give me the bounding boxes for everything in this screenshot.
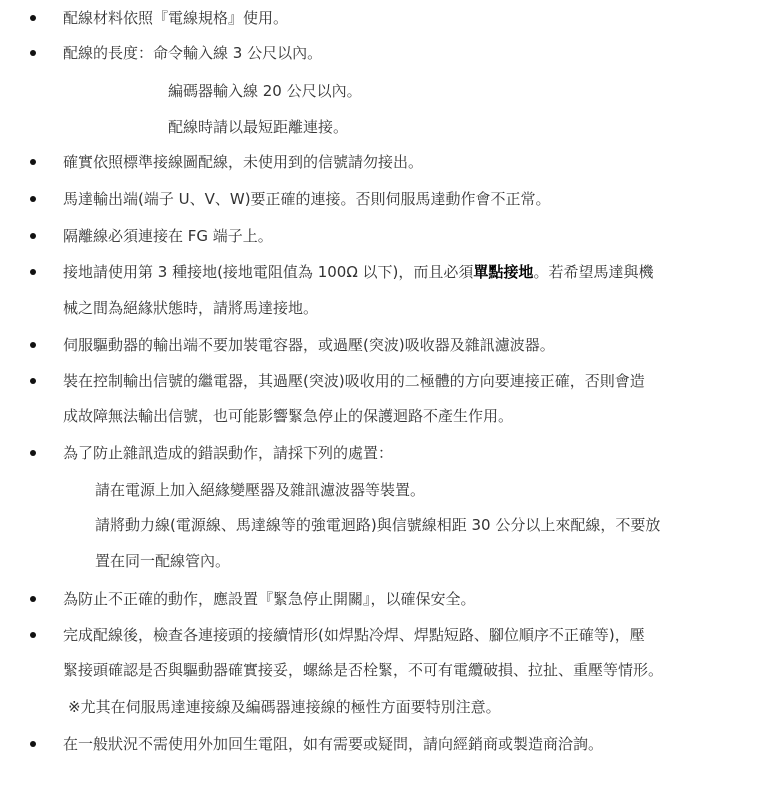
bullet-icon <box>30 269 36 275</box>
list-item-material: 配線材料依照『電線規格』使用。 <box>0 8 778 28</box>
list-item-text: 確實依照標準接線圖配線，未使用到的信號請勿接出。 <box>63 152 423 172</box>
bullet-icon <box>30 741 36 747</box>
list-item-noise-prevention: 為了防止雜訊造成的錯誤動作，請採下列的處置： <box>0 443 778 463</box>
list-item-continuation: 成故障無法輸出信號，也可能影響緊急停止的保護迴路不產生作用。 <box>0 406 778 426</box>
list-item-continuation: 編碼器輸入線 20 公尺以內。 <box>0 81 778 101</box>
bullet-icon <box>30 450 36 456</box>
bullet-icon <box>30 159 36 165</box>
list-item-regen-resistor: 在一般狀況不需使用外加回生電阻，如有需要或疑問，請向經銷商或製造商洽詢。 <box>0 734 778 754</box>
note-text: ※尤其在伺服馬達連接線及編碼器連接線的極性方面要特別注意。 <box>68 697 501 717</box>
sub-item-power-line: 請將動力線(電源線、馬達線等的強電迴路)與信號線相距 30 公分以上來配線，不要… <box>0 515 778 535</box>
list-item-text: 在一般狀況不需使用外加回生電阻，如有需要或疑問，請向經銷商或製造商洽詢。 <box>63 734 603 754</box>
list-item-wiring-check: 完成配線後，檢查各連接頭的接續情形(如焊點冷焊、焊點短路、腳位順序不正確等)，壓 <box>0 625 778 645</box>
bullet-icon <box>30 15 36 21</box>
bullet-icon <box>30 196 36 202</box>
list-item-output-capacitor: 伺服驅動器的輸出端不要加裝電容器，或過壓(突波)吸收器及雜訊濾波器。 <box>0 335 778 355</box>
list-item-text: 緊接頭確認是否與驅動器確實接妥，螺絲是否栓緊，不可有電纜破損、拉扯、重壓等情形。 <box>63 660 663 680</box>
list-item-text: 隔離線必須連接在 FG 端子上。 <box>63 226 273 246</box>
list-item-relay-diode: 裝在控制輸出信號的繼電器，其過壓(突波)吸收用的二極體的方向要連接正確，否則會造 <box>0 371 778 391</box>
bullet-icon <box>30 50 36 56</box>
list-item-continuation: 緊接頭確認是否與驅動器確實接妥，螺絲是否栓緊，不可有電纜破損、拉扯、重壓等情形。 <box>0 660 778 680</box>
list-item-text: 械之間為絕緣狀態時，請將馬達接地。 <box>63 298 318 318</box>
list-item-text: 配線的長度：命令輸入線 3 公尺以內。 <box>63 43 322 63</box>
grounding-text-after: 。若希望馬達與機 <box>533 263 653 281</box>
list-item-wire-length: 配線的長度：命令輸入線 3 公尺以內。 <box>0 43 778 63</box>
list-item-continuation: 配線時請以最短距離連接。 <box>0 117 778 137</box>
bullet-icon <box>30 233 36 239</box>
list-item-continuation: 械之間為絕緣狀態時，請將馬達接地。 <box>0 298 778 318</box>
list-item-text: 編碼器輸入線 20 公尺以內。 <box>168 81 362 101</box>
list-item-motor-output: 馬達輸出端(端子 U、V、W)要正確的連接。否則伺服馬達動作會不正常。 <box>0 189 778 209</box>
list-item-wiring-diagram: 確實依照標準接線圖配線，未使用到的信號請勿接出。 <box>0 152 778 172</box>
list-item-text: 置在同一配線管內。 <box>95 551 230 571</box>
list-item-text: 伺服驅動器的輸出端不要加裝電容器，或過壓(突波)吸收器及雜訊濾波器。 <box>63 335 555 355</box>
list-item-text: 裝在控制輸出信號的繼電器，其過壓(突波)吸收用的二極體的方向要連接正確，否則會造 <box>63 371 645 391</box>
bullet-icon <box>30 632 36 638</box>
list-item-text: 配線時請以最短距離連接。 <box>168 117 348 137</box>
list-item-text: 請將動力線(電源線、馬達線等的強電迴路)與信號線相距 30 公分以上來配線，不要… <box>95 515 660 535</box>
list-item-continuation: 置在同一配線管內。 <box>0 551 778 571</box>
list-item-shield-wire: 隔離線必須連接在 FG 端子上。 <box>0 226 778 246</box>
list-item-text: 請在電源上加入絕緣變壓器及雜訊濾波器等裝置。 <box>95 480 425 500</box>
list-item-emergency-stop: 為防止不正確的動作，應設置『緊急停止開關』，以確保安全。 <box>0 589 778 609</box>
list-item-grounding: 接地請使用第 3 種接地(接地電阻值為 100Ω 以下)，而且必須單點接地。若希… <box>0 262 778 282</box>
bullet-icon <box>30 378 36 384</box>
list-item-text: 馬達輸出端(端子 U、V、W)要正確的連接。否則伺服馬達動作會不正常。 <box>63 189 551 209</box>
bullet-icon <box>30 342 36 348</box>
list-item-text: 成故障無法輸出信號，也可能影響緊急停止的保護迴路不產生作用。 <box>63 406 513 426</box>
list-item-text: 為防止不正確的動作，應設置『緊急停止開關』，以確保安全。 <box>63 589 476 609</box>
list-item-text: 接地請使用第 3 種接地(接地電阻值為 100Ω 以下)，而且必須單點接地。若希… <box>63 262 653 282</box>
list-item-text: 配線材料依照『電線規格』使用。 <box>63 8 288 28</box>
note-polarity: ※尤其在伺服馬達連接線及編碼器連接線的極性方面要特別注意。 <box>0 697 778 717</box>
sub-item-transformer: 請在電源上加入絕緣變壓器及雜訊濾波器等裝置。 <box>0 480 778 500</box>
single-point-ground-emphasis: 單點接地 <box>473 263 533 281</box>
list-item-text: 完成配線後，檢查各連接頭的接續情形(如焊點冷焊、焊點短路、腳位順序不正確等)，壓 <box>63 625 645 645</box>
list-item-text: 為了防止雜訊造成的錯誤動作，請採下列的處置： <box>63 443 393 463</box>
bullet-icon <box>30 596 36 602</box>
grounding-text-before: 接地請使用第 3 種接地(接地電阻值為 100Ω 以下)，而且必須 <box>63 263 473 281</box>
